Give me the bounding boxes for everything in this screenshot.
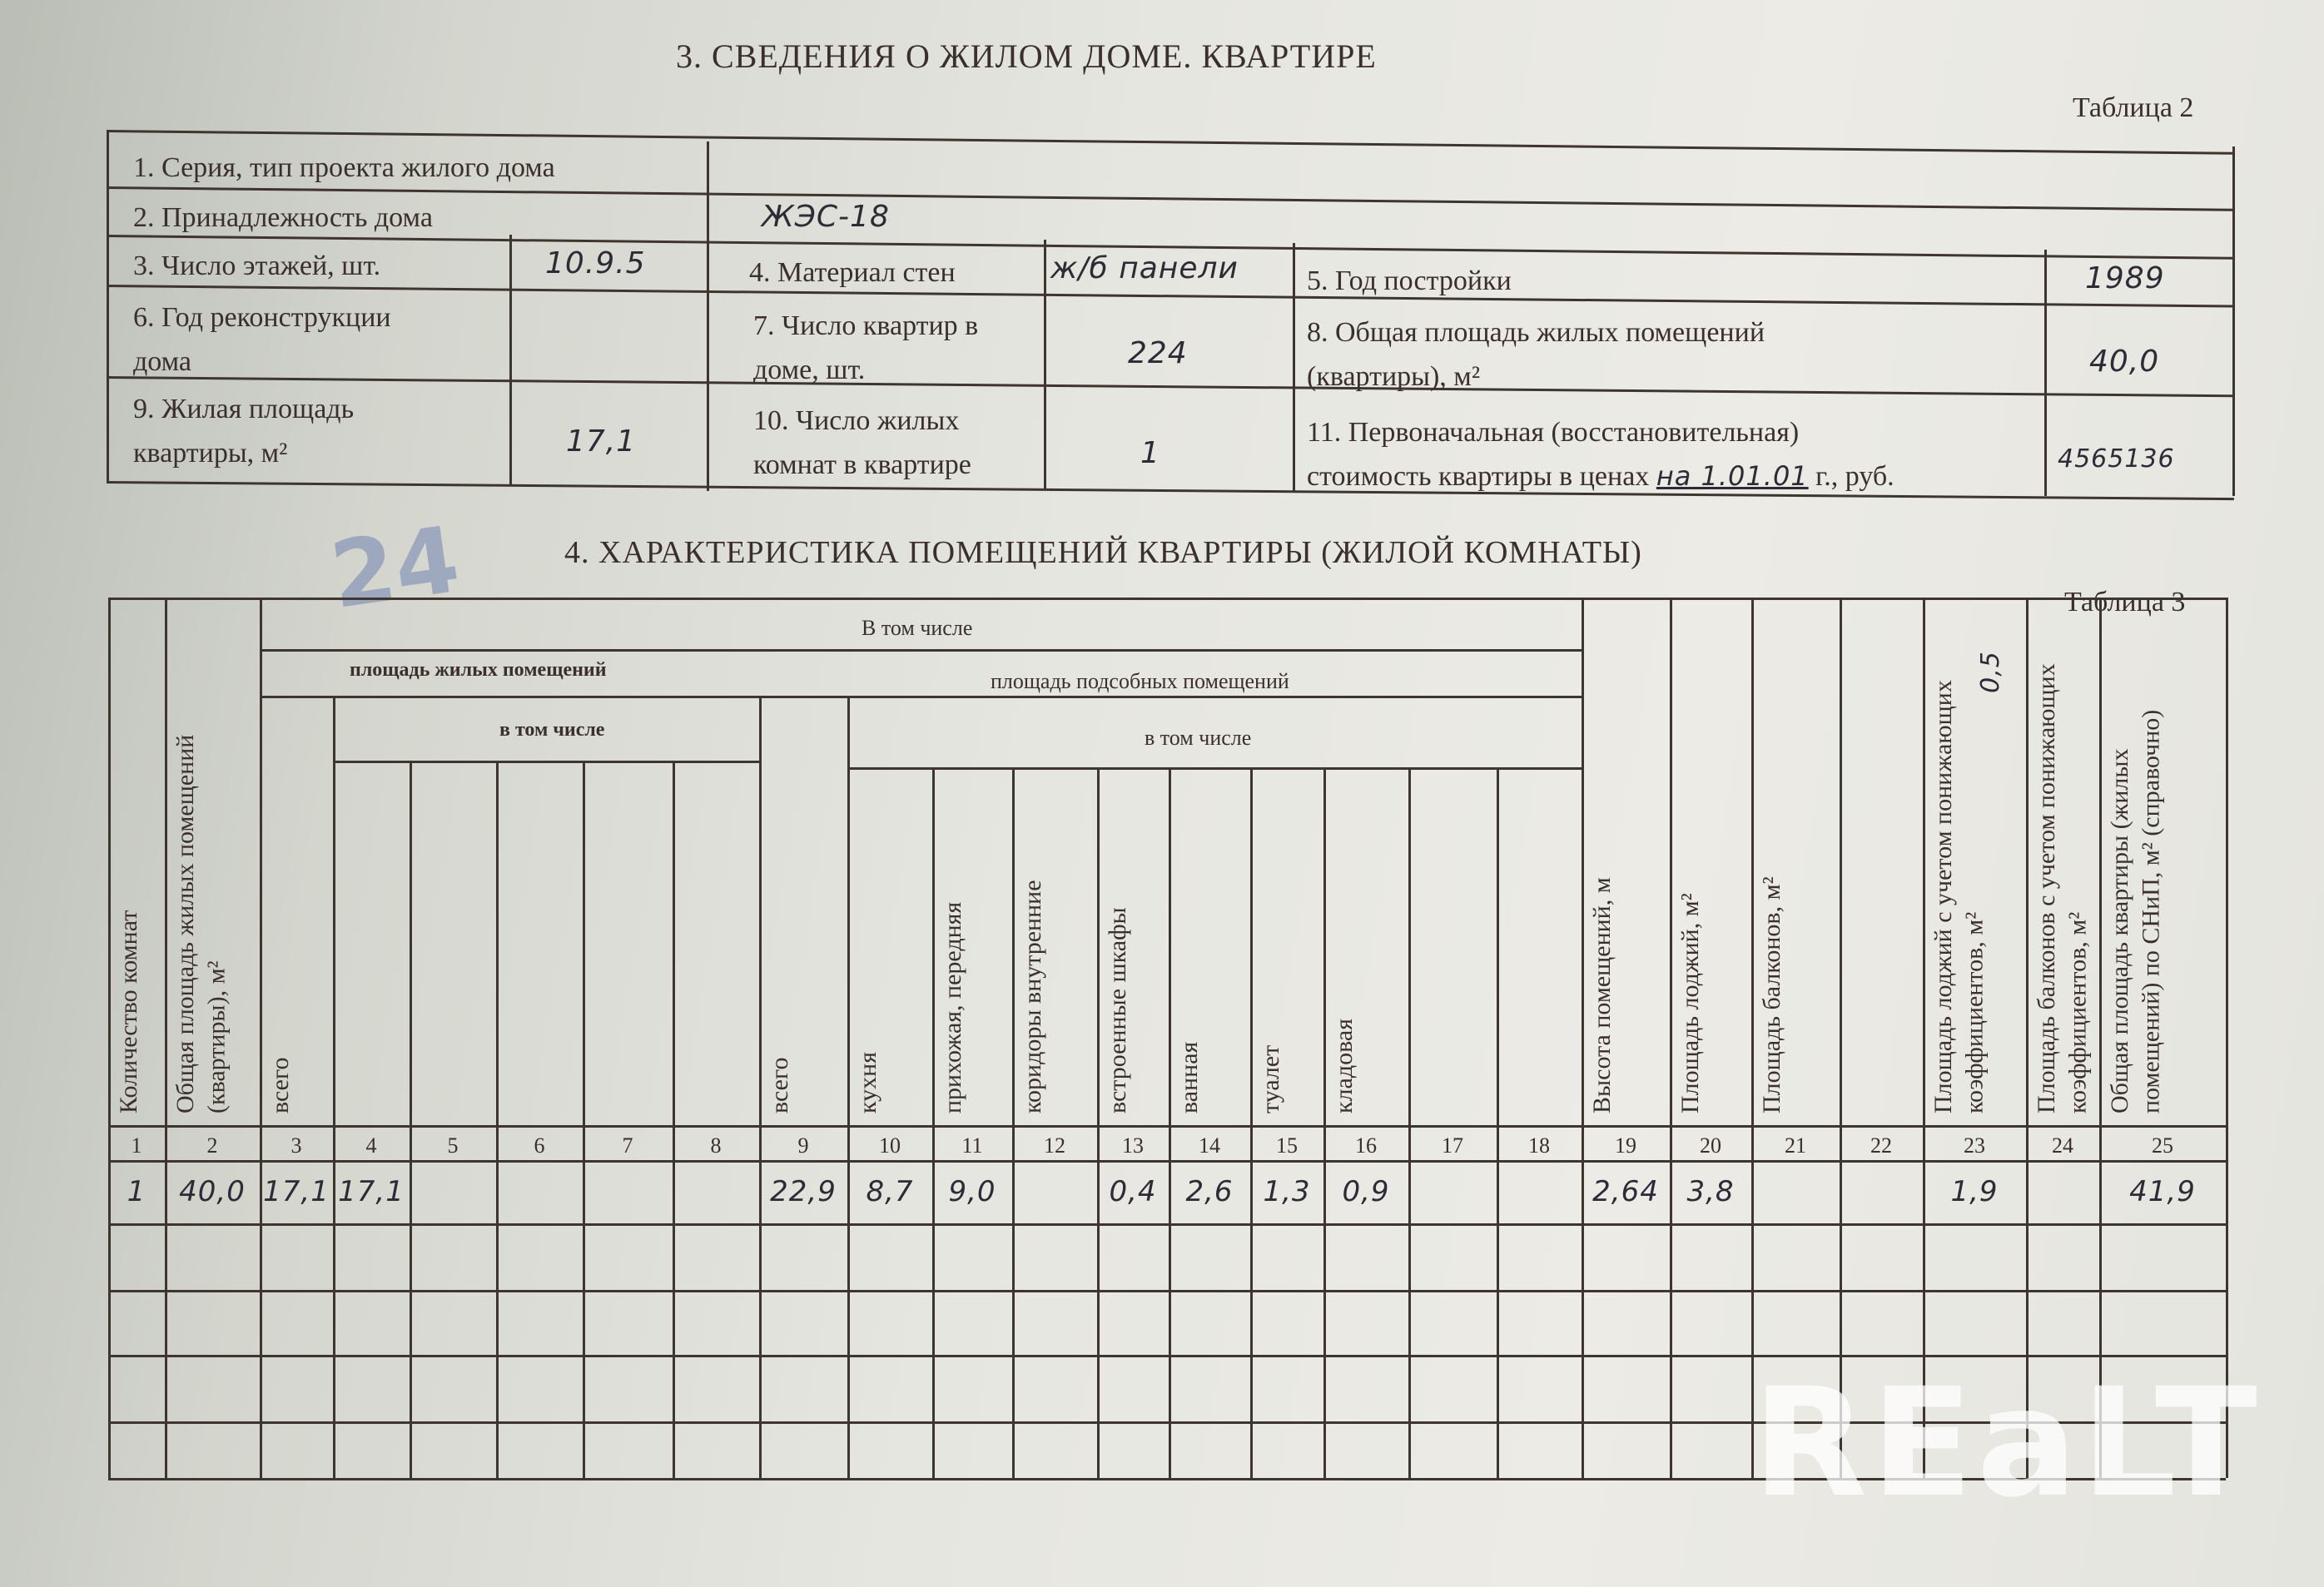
table-border-top: [108, 598, 2226, 600]
table-cell: [1169, 1421, 1250, 1478]
cost-date: на 1.01.01: [1656, 460, 1809, 492]
table-cell: [165, 1223, 260, 1290]
table-cell: [333, 1290, 410, 1355]
build-year-label: 5. Год постройки: [1307, 260, 1512, 304]
column-number-8: 8: [673, 1133, 759, 1158]
table-cell: [1097, 1223, 1169, 1290]
living-area-label: 9. Жилая площадь квартиры, м²: [133, 388, 354, 475]
table-cell: [847, 1223, 932, 1290]
table-cell: [165, 1421, 260, 1478]
table-cell: [1012, 1290, 1097, 1355]
column-number-13: 13: [1097, 1133, 1169, 1158]
table-cell: [410, 1223, 496, 1290]
table-cell: [759, 1421, 847, 1478]
column-number-7: 7: [583, 1133, 673, 1158]
cost-label-suffix: г., руб.: [1815, 461, 1894, 492]
table-cell: [1169, 1290, 1250, 1355]
table-cell: 2,64: [1582, 1160, 1670, 1223]
apartments-label-line1: 7. Число квартир в: [753, 305, 978, 349]
table-cell: [1751, 1160, 1840, 1223]
table-cell: [1323, 1421, 1408, 1478]
table-cell: 8,7: [847, 1160, 932, 1223]
table-cell: [333, 1355, 410, 1421]
column-number-15: 15: [1250, 1133, 1323, 1158]
group-divider: [260, 649, 1582, 652]
table-cell: [759, 1355, 847, 1421]
table-cell: [333, 1223, 410, 1290]
column-number-21: 21: [1751, 1133, 1840, 1158]
column-number-6: 6: [496, 1133, 583, 1158]
table-cell: [583, 1290, 673, 1355]
table-cell: [1323, 1355, 1408, 1421]
table-cell: 41,9: [2099, 1160, 2226, 1223]
table-cell: [260, 1290, 333, 1355]
column-number-24: 24: [2026, 1133, 2099, 1158]
column-number-1: 1: [108, 1133, 165, 1158]
table-cell: [932, 1421, 1012, 1478]
table-cell: [1323, 1290, 1408, 1355]
reconstruction-label: 6. Год реконструкции дома: [133, 296, 391, 384]
column-number-9: 9: [759, 1133, 847, 1158]
table-cell: [496, 1160, 583, 1223]
column-header-16: кладовая: [1328, 779, 1403, 1113]
table-cell: [583, 1421, 673, 1478]
table-cell: [583, 1160, 673, 1223]
apartments-label-line2: доме, шт.: [753, 349, 978, 393]
table-cell: [673, 1355, 759, 1421]
table-cell: [1097, 1355, 1169, 1421]
table-cell: [1012, 1160, 1097, 1223]
column-header-20: Площадь лоджий, м²: [1675, 614, 1746, 1113]
group-divider: [847, 767, 1582, 770]
column-divider: [2226, 598, 2228, 1478]
table-cell: [1408, 1355, 1497, 1421]
wall-material-label: 4. Материал стен: [749, 251, 956, 295]
build-year-value: 1989: [2085, 261, 2165, 295]
table-cell: [1408, 1421, 1497, 1478]
table-cell: [410, 1355, 496, 1421]
table-cell: [1670, 1355, 1751, 1421]
column-number-14: 14: [1169, 1133, 1250, 1158]
column-number-17: 17: [1408, 1133, 1497, 1158]
table-cell: [1250, 1421, 1323, 1478]
table-cell: [847, 1421, 932, 1478]
table-cell: [673, 1421, 759, 1478]
table-cell: [1408, 1223, 1497, 1290]
table-cell: [1497, 1290, 1582, 1355]
table-cell: 0,4: [1097, 1160, 1169, 1223]
table-cell: [496, 1290, 583, 1355]
living-area-label-line2: квартиры, м²: [133, 432, 354, 476]
auxiliary-area-group-label: площадь подсобных помещений: [991, 669, 1289, 694]
table-cell: [1670, 1290, 1751, 1355]
table-cell: [1408, 1160, 1497, 1223]
living-including-group-label: в том числе: [499, 719, 604, 741]
rooms-label-line2: комнат в квартире: [753, 444, 971, 488]
table-cell: [1408, 1290, 1497, 1355]
table-cell: 0,9: [1323, 1160, 1408, 1223]
cost-value: 4565136: [2058, 444, 2175, 474]
table-cell: [932, 1223, 1012, 1290]
column-number-5: 5: [410, 1133, 496, 1158]
column-number-12: 12: [1012, 1133, 1097, 1158]
table-cell: [1670, 1223, 1751, 1290]
cost-label: 11. Первоначальная (восстановительная) с…: [1307, 411, 1894, 498]
column-header-12: коридоры внутренние: [1017, 779, 1092, 1113]
column-header-3: всего: [265, 707, 328, 1113]
table-cell: [2026, 1160, 2099, 1223]
column-header-1: Количество комнат: [113, 614, 160, 1113]
table-cell: [673, 1223, 759, 1290]
cost-label-line1: 11. Первоначальная (восстановительная): [1307, 411, 1894, 455]
living-area-value: 17,1: [566, 424, 636, 459]
table-cell: [333, 1421, 410, 1478]
table-cell: [1582, 1355, 1670, 1421]
table-cell: [1012, 1355, 1097, 1421]
table-cell: [2026, 1290, 2099, 1355]
table-cell: [1012, 1421, 1097, 1478]
table-cell: [410, 1160, 496, 1223]
column-header-24: Площадь балконов с учетом понижающих коэ…: [2031, 614, 2094, 1113]
column-number-2: 2: [165, 1133, 260, 1158]
table-cell: [165, 1290, 260, 1355]
apartments-value: 224: [1128, 336, 1188, 370]
table-cell: [673, 1290, 759, 1355]
column-number-22: 22: [1840, 1133, 1923, 1158]
table-cell: [583, 1223, 673, 1290]
table-cell: [108, 1355, 165, 1421]
table-cell: [1840, 1160, 1923, 1223]
table-cell: [932, 1290, 1012, 1355]
column-number-20: 20: [1670, 1133, 1751, 1158]
table-cell: [1497, 1160, 1582, 1223]
cost-label-prefix: стоимость квартиры в ценах: [1307, 461, 1649, 492]
table-cell: [108, 1421, 165, 1478]
floors-value: 10.9.5: [545, 246, 646, 280]
table-cell: [260, 1421, 333, 1478]
table-cell: [1169, 1355, 1250, 1421]
table-cell: [1497, 1421, 1582, 1478]
table-cell: 1,9: [1923, 1160, 2026, 1223]
table-cell: [1323, 1223, 1408, 1290]
table-cell: [673, 1160, 759, 1223]
column-header-15: туалет: [1255, 779, 1318, 1113]
table-cell: 1,3: [1250, 1160, 1323, 1223]
column-header-23: Площадь лоджий с учетом понижающих коэфф…: [1928, 614, 2021, 1113]
group-divider: [333, 761, 759, 763]
column-number-18: 18: [1497, 1133, 1582, 1158]
header-divider: [108, 1125, 2226, 1128]
table-cell: 2,6: [1169, 1160, 1250, 1223]
cost-label-line2: стоимость квартиры в ценах на 1.01.01 г.…: [1307, 455, 1894, 499]
table-cell: [1250, 1290, 1323, 1355]
table-cell: [410, 1421, 496, 1478]
table-cell: [1250, 1355, 1323, 1421]
column-header-13: встроенные шкафы: [1102, 779, 1164, 1113]
rooms-value: 1: [1140, 436, 1160, 470]
table-cell: [2099, 1290, 2226, 1355]
column-header-21: Площадь балконов, м²: [1756, 614, 1835, 1113]
table-cell: [260, 1355, 333, 1421]
column-header-10: кухня: [852, 779, 927, 1113]
table-cell: [496, 1421, 583, 1478]
table-cell: [1840, 1290, 1923, 1355]
table2-caption: Таблица 2: [2073, 87, 2193, 131]
column-number-16: 16: [1323, 1133, 1408, 1158]
table-cell: [1670, 1421, 1751, 1478]
table-cell: [1582, 1223, 1670, 1290]
section3-title: 3. СВЕДЕНИЯ О ЖИЛОМ ДОМЕ. КВАРТИРЕ: [676, 37, 1377, 76]
rooms-label-line1: 10. Число жилых: [753, 399, 971, 444]
column-header-2: Общая площадь жилых помещений (квартиры)…: [170, 614, 255, 1113]
column-number-4: 4: [333, 1133, 410, 1158]
table-cell: [1840, 1223, 1923, 1290]
table-cell: [1751, 1290, 1840, 1355]
living-area-label-line1: 9. Жилая площадь: [133, 388, 354, 432]
table-cell: [1923, 1223, 2026, 1290]
table-cell: [583, 1355, 673, 1421]
table-cell: [1012, 1223, 1097, 1290]
table-cell: [1250, 1223, 1323, 1290]
table-cell: [759, 1290, 847, 1355]
table-cell: [2026, 1223, 2099, 1290]
table-cell: 1: [108, 1160, 165, 1223]
table-cell: 3,8: [1670, 1160, 1751, 1223]
table-cell: [108, 1290, 165, 1355]
table-cell: 17,1: [333, 1160, 410, 1223]
table-cell: [1923, 1290, 2026, 1355]
total-area-value: 40,0: [2089, 345, 2159, 379]
series-label: 1. Серия, тип проекта жилого дома: [133, 146, 555, 191]
wall-material-value: ж/б панели: [1050, 251, 1239, 285]
living-rooms-area-group-label: площадь жилых помещений: [350, 659, 607, 682]
apartments-label: 7. Число квартир в доме, шт.: [753, 305, 978, 392]
pencil-mark: 24: [325, 506, 465, 629]
including-group-label: В том числе: [862, 616, 972, 641]
column-header-25: Общая площадь квартиры (жилых помещений)…: [2104, 614, 2221, 1113]
ownership-label: 2. Принадлежность дома: [133, 196, 433, 241]
realt-watermark: REaLT: [1752, 1356, 2261, 1530]
table-cell: 9,0: [932, 1160, 1012, 1223]
table-cell: [410, 1290, 496, 1355]
table-cell: 40,0: [165, 1160, 260, 1223]
reconstruction-label-line1: 6. Год реконструкции: [133, 296, 391, 340]
ownership-value: ЖЭС-18: [762, 200, 890, 234]
table-cell: [1582, 1421, 1670, 1478]
column-number-19: 19: [1582, 1133, 1670, 1158]
total-area-label-line2: (квартиры), м²: [1307, 355, 1765, 399]
table-cell: [108, 1223, 165, 1290]
column-header-9: всего: [764, 707, 842, 1113]
table-cell: [932, 1355, 1012, 1421]
table-cell: [847, 1355, 932, 1421]
table-cell: [2099, 1223, 2226, 1290]
column-header-19: Высота помещений, м: [1587, 614, 1665, 1113]
table-cell: [260, 1223, 333, 1290]
section4-title: 4. ХАРАКТЕРИСТИКА ПОМЕЩЕНИЙ КВАРТИРЫ (ЖИ…: [564, 534, 1642, 571]
table-cell: [759, 1223, 847, 1290]
table-cell: [1751, 1223, 1840, 1290]
auxiliary-including-group-label: в том числе: [1145, 726, 1251, 751]
column-number-11: 11: [932, 1133, 1012, 1158]
reconstruction-label-line2: дома: [133, 340, 391, 384]
column-number-10: 10: [847, 1133, 932, 1158]
group-divider: [260, 696, 1582, 698]
table-cell: [1097, 1421, 1169, 1478]
column-header-11: прихожая, передняя: [937, 779, 1007, 1113]
table-cell: [496, 1355, 583, 1421]
table-cell: [1497, 1223, 1582, 1290]
column-number-3: 3: [260, 1133, 333, 1158]
total-area-label-line1: 8. Общая площадь жилых помещений: [1307, 311, 1765, 355]
table-cell: [847, 1290, 932, 1355]
table-cell: [496, 1223, 583, 1290]
table-cell: [165, 1355, 260, 1421]
table-cell: 17,1: [260, 1160, 333, 1223]
total-area-label: 8. Общая площадь жилых помещений (кварти…: [1307, 311, 1765, 399]
column-header-14: ванная: [1174, 779, 1245, 1113]
floors-label: 3. Число этажей, шт.: [133, 245, 380, 289]
table-cell: [1169, 1223, 1250, 1290]
column-number-25: 25: [2099, 1133, 2226, 1158]
rooms-label: 10. Число жилых комнат в квартире: [753, 399, 971, 487]
table-cell: [1497, 1355, 1582, 1421]
table-cell: 22,9: [759, 1160, 847, 1223]
table-cell: [1097, 1290, 1169, 1355]
column-number-23: 23: [1923, 1133, 2026, 1158]
table-cell: [1582, 1290, 1670, 1355]
